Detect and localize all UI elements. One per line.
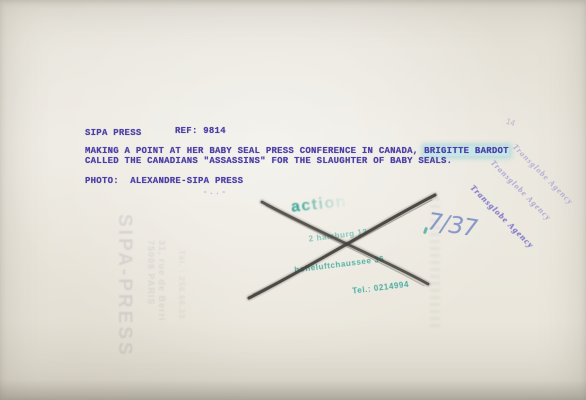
pencil-cross-mark <box>0 0 586 400</box>
press-photo-back: SIPA-PRESS 31, rue de Berri75008 PARIS T… <box>0 0 586 400</box>
